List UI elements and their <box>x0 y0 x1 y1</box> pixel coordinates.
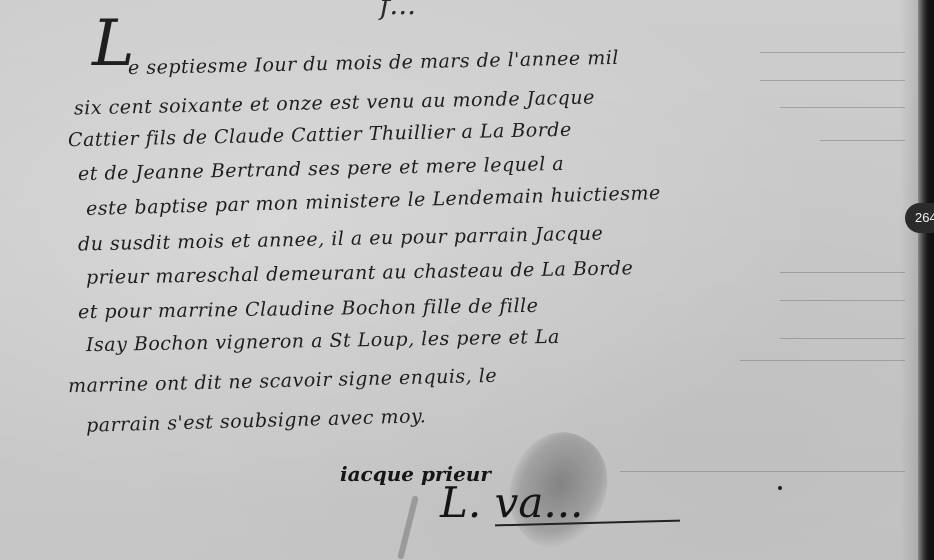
ruled-line <box>760 52 905 53</box>
text-line-9: Isay Bochon vigneron a St Loup, les pere… <box>86 326 560 356</box>
signature-priest: L. va... <box>440 478 583 527</box>
book-binding-edge <box>918 0 934 560</box>
text-line-5: este baptise par mon ministere le Lendem… <box>86 182 661 220</box>
text-line-4: et de Jeanne Bertrand ses pere et mere l… <box>78 153 564 185</box>
ruled-line <box>620 471 905 472</box>
text-line-1: e septiesme Iour du mois de mars de l'an… <box>128 47 619 79</box>
ruled-line <box>740 360 905 361</box>
text-line-11: parrain s'est soubsigne avec moy. <box>86 405 427 436</box>
text-line-7: prieur mareschal demeurant au chasteau d… <box>86 257 634 289</box>
page-number-badge[interactable]: 264 <box>905 203 934 233</box>
ruled-line <box>780 107 905 108</box>
page-edge-shadow <box>900 0 920 560</box>
text-line-2: six cent soixante et onze est venu au mo… <box>74 87 595 120</box>
ruled-line <box>780 338 905 339</box>
ruled-line <box>780 300 905 301</box>
ink-dot <box>778 486 782 490</box>
text-line-8: et pour marrine Claudine Bochon fille de… <box>78 295 539 323</box>
faint-stroke <box>397 495 419 560</box>
text-line-10: marrine ont dit ne scavoir signe enquis,… <box>68 365 498 397</box>
text-line-3: Cattier fils de Claude Cattier Thuillier… <box>68 119 572 152</box>
text-line-6: du susdit mois et annee, il a eu pour pa… <box>78 223 604 256</box>
document-image-viewer[interactable]: f... L e septiesme Iour du mois de mars … <box>0 0 934 560</box>
header-flourish: f... <box>380 0 416 21</box>
ruled-line <box>780 272 905 273</box>
scanned-page: f... L e septiesme Iour du mois de mars … <box>0 0 920 560</box>
ruled-line <box>820 140 905 141</box>
ruled-line <box>760 80 905 81</box>
